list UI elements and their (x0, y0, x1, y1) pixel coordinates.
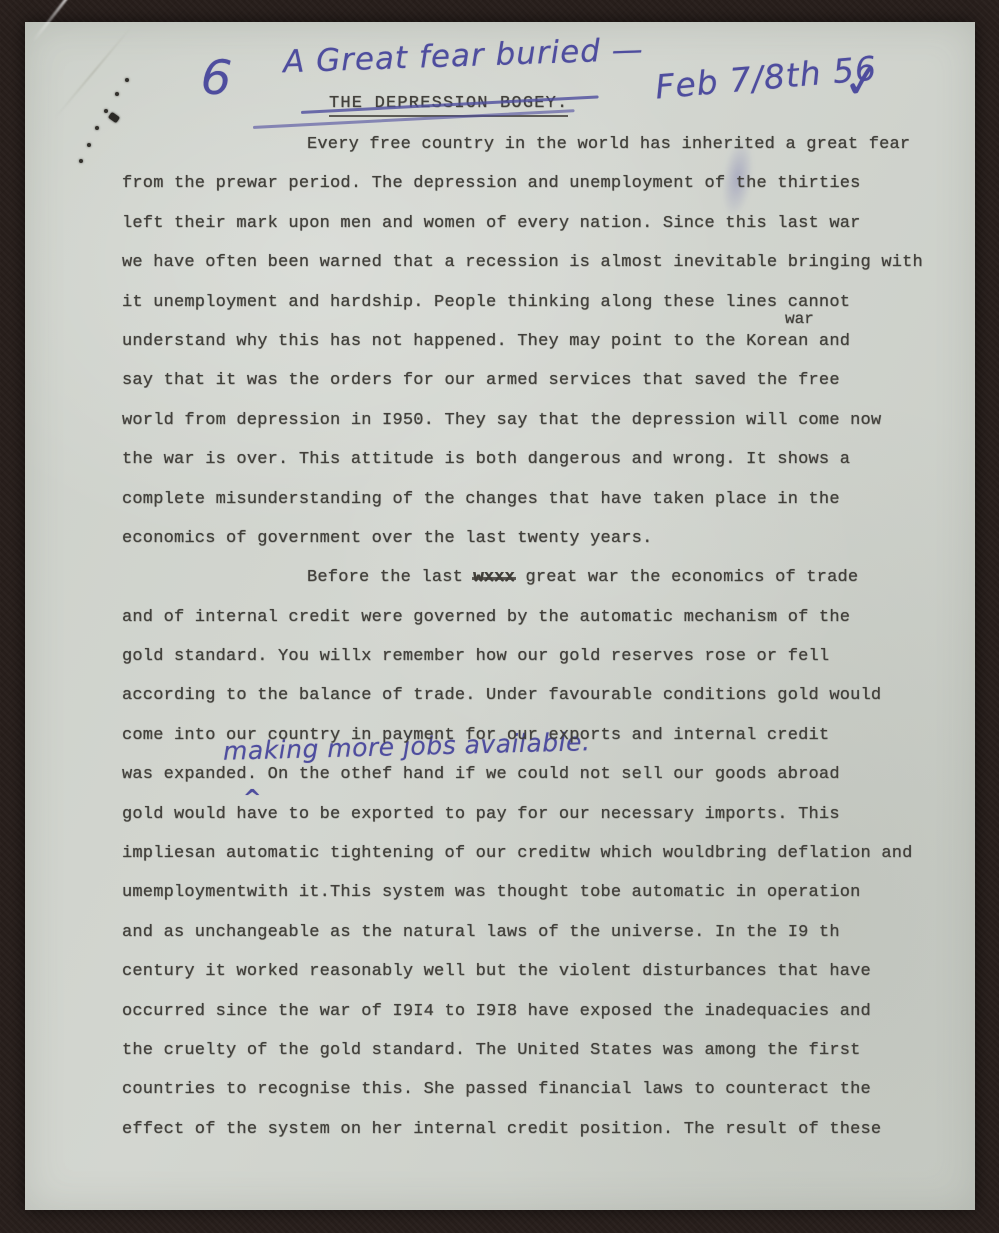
staple-hole (79, 159, 83, 163)
typed-line: the cruelty of the gold standard. The Un… (122, 1031, 937, 1070)
handwritten-page-number: 6 (199, 49, 233, 107)
typed-body: Every free country in the world has inhe… (122, 125, 937, 1149)
typed-line: gold standard. You willx remember how ou… (122, 637, 937, 676)
overstruck-word: wxxx (473, 568, 515, 587)
typed-line: gold would have to be exported to pay fo… (122, 795, 937, 834)
typed-line: impliesan automatic tightening of our cr… (122, 834, 937, 873)
typed-line: we have often been warned that a recessi… (122, 243, 937, 282)
scan-background: 6 A Great fear buried — Feb 7/8th 56 ✓ T… (0, 0, 999, 1233)
typed-line: say that it was the orders for our armed… (122, 361, 937, 400)
typed-line: and as unchangeable as the natural laws … (122, 913, 937, 952)
typed-line: according to the balance of trade. Under… (122, 676, 937, 715)
typed-segment: great war the economics of trade (515, 568, 858, 587)
staple-hole (95, 126, 99, 130)
checkmark-icon: ✓ (840, 52, 884, 110)
handwritten-heading: A Great fear buried — (282, 32, 644, 81)
typed-line: century it worked reasonably well but th… (122, 952, 937, 991)
typed-line: it unemployment and hardship. People thi… (122, 283, 937, 322)
typed-line: and of internal credit were governed by … (122, 598, 937, 637)
typed-line: left their mark upon men and women of ev… (122, 204, 937, 243)
typed-line: world from depression in I950. They say … (122, 401, 937, 440)
typed-line: Before the last wxxx great war the econo… (122, 558, 937, 597)
typed-line: complete misunderstanding of the changes… (122, 480, 937, 519)
typed-line: Every free country in the world has inhe… (122, 125, 937, 164)
staple-hole (125, 78, 129, 82)
typed-line: occurred since the war of I9I4 to I9I8 h… (122, 992, 937, 1031)
paper-crease (32, 0, 151, 42)
staple-hole (87, 143, 91, 147)
typed-line: come into our country in payment for our… (122, 716, 937, 755)
typed-line: was expanded. On the othef hand if we co… (122, 755, 937, 794)
typed-line: umemploymentwith it.This system was thou… (122, 873, 937, 912)
staple-mark (108, 112, 120, 123)
typed-segment: Before the last (307, 568, 473, 587)
typed-line: the war is over. This attitude is both d… (122, 440, 937, 479)
typed-line: from the prewar period. The depression a… (122, 164, 937, 203)
typed-line: countries to recognise this. She passed … (122, 1070, 937, 1109)
typed-line: understand why this has not happened. Th… (122, 322, 937, 361)
typed-line: effect of the system on her internal cre… (122, 1110, 937, 1149)
staple-hole (115, 92, 119, 96)
paper-crease (54, 25, 133, 118)
typed-line: economics of government over the last tw… (122, 519, 937, 558)
staple-hole (104, 109, 108, 113)
document-page: 6 A Great fear buried — Feb 7/8th 56 ✓ T… (25, 22, 975, 1210)
